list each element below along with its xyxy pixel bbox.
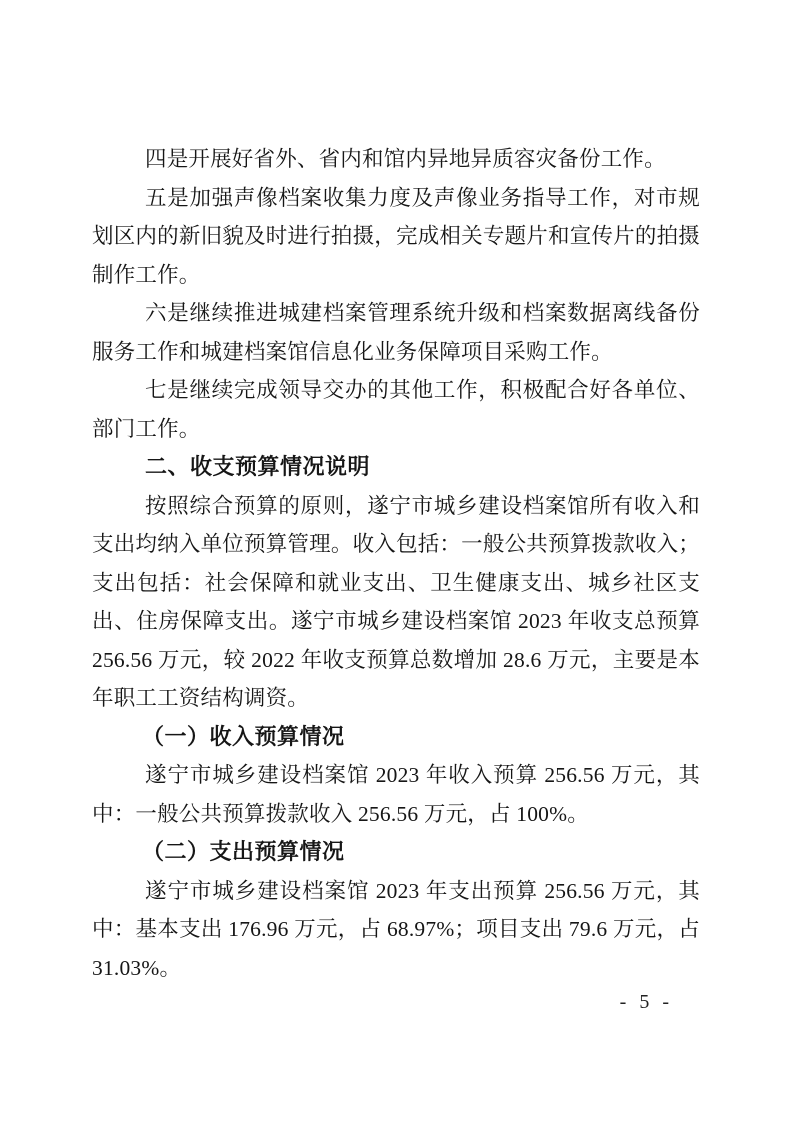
paragraph-item-seven: 七是继续完成领导交办的其他工作，积极配合好各单位、部门工作。	[92, 371, 700, 448]
paragraph-budget-overview: 按照综合预算的原则，遂宁市城乡建设档案馆所有收入和支出均纳入单位预算管理。收入包…	[92, 487, 700, 718]
section-heading-budget-overview: 二、收支预算情况说明	[92, 448, 700, 487]
page-number: - 5 -	[620, 991, 673, 1014]
document-body: 四是开展好省外、省内和馆内异地异质容灾备份工作。 五是加强声像档案收集力度及声像…	[92, 140, 700, 987]
paragraph-item-five: 五是加强声像档案收集力度及声像业务指导工作，对市规划区内的新旧貌及时进行拍摄，完…	[92, 179, 700, 295]
document-page: 四是开展好省外、省内和馆内异地异质容灾备份工作。 五是加强声像档案收集力度及声像…	[0, 0, 793, 1122]
paragraph-item-four: 四是开展好省外、省内和馆内异地异质容灾备份工作。	[92, 140, 700, 179]
sub-heading-expenditure-budget: （二）支出预算情况	[92, 833, 700, 872]
paragraph-item-six: 六是继续推进城建档案管理系统升级和档案数据离线备份服务工作和城建档案馆信息化业务…	[92, 294, 700, 371]
paragraph-expenditure-budget: 遂宁市城乡建设档案馆 2023 年支出预算 256.56 万元，其中：基本支出 …	[92, 872, 700, 988]
paragraph-income-budget: 遂宁市城乡建设档案馆 2023 年收入预算 256.56 万元，其中：一般公共预…	[92, 756, 700, 833]
sub-heading-income-budget: （一）收入预算情况	[92, 718, 700, 757]
